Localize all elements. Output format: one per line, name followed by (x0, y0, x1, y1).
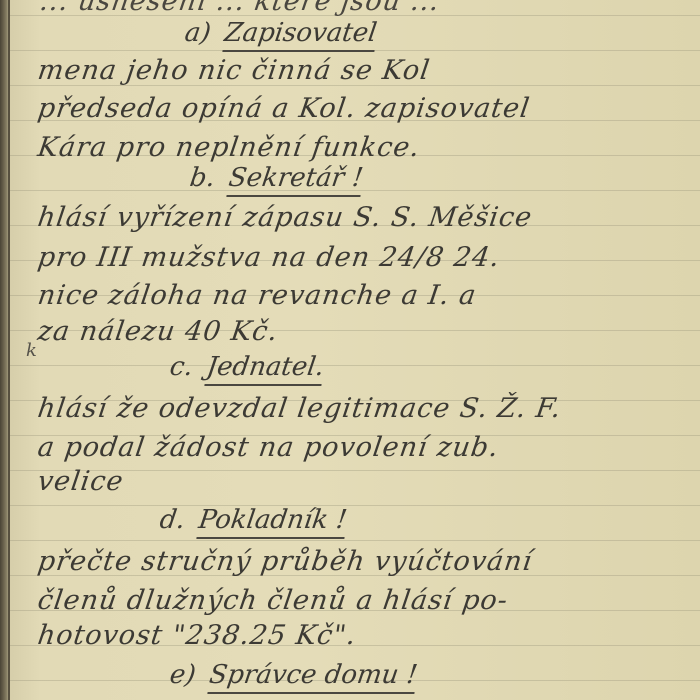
text-line: členů dlužných členů a hlásí po- (36, 585, 510, 616)
text-line: mena jeho nic činná se Kol (36, 55, 432, 86)
text-line: hlásí vyřízení zápasu S. S. Měšice (36, 202, 535, 233)
text-line: za nálezu 40 Kč. (36, 316, 280, 347)
section-heading-d: d.Pokladník ! (158, 505, 349, 535)
text-line: pro III mužstva na den 24/8 24. (36, 242, 502, 273)
text-line: velice (36, 466, 126, 497)
section-title: Pokladník ! (196, 505, 349, 539)
section-heading-e: e)Správce domu ! (168, 660, 419, 690)
section-title: Sekretář ! (226, 163, 365, 197)
section-prefix: c. (168, 352, 195, 382)
section-title: Jednatel. (204, 352, 326, 386)
section-title: Správce domu ! (207, 660, 419, 694)
text-line: a podal žádost na povolení zub. (36, 432, 501, 463)
section-heading-a: a)Zapisovatel (183, 18, 379, 48)
binding-edge (8, 0, 10, 700)
text-line: přečte stručný průběh vyúčtování (36, 546, 535, 577)
section-prefix: b. (188, 163, 217, 193)
section-prefix: a) (183, 18, 213, 48)
section-prefix: e) (168, 660, 198, 690)
document-page: ... usnesení ... které jsou ... a)Zapiso… (0, 0, 700, 700)
text-line: hlásí že odevzdal legitimace S. Ž. F. (36, 393, 564, 424)
text-line: předseda opíná a Kol. zapisovatel (36, 93, 532, 124)
text-line: hotovost "238.25 Kč". (36, 620, 359, 651)
margin-note: k (26, 340, 37, 361)
partial-top-line: ... usnesení ... které jsou ... (38, 0, 442, 17)
text-line: Kára pro neplnění funkce. (36, 132, 422, 163)
text-line: nice záloha na revanche a I. a (36, 280, 479, 311)
section-heading-c: c.Jednatel. (168, 352, 326, 382)
section-prefix: d. (158, 505, 187, 535)
section-title: Zapisovatel (222, 18, 379, 52)
section-heading-b: b.Sekretář ! (188, 163, 365, 193)
